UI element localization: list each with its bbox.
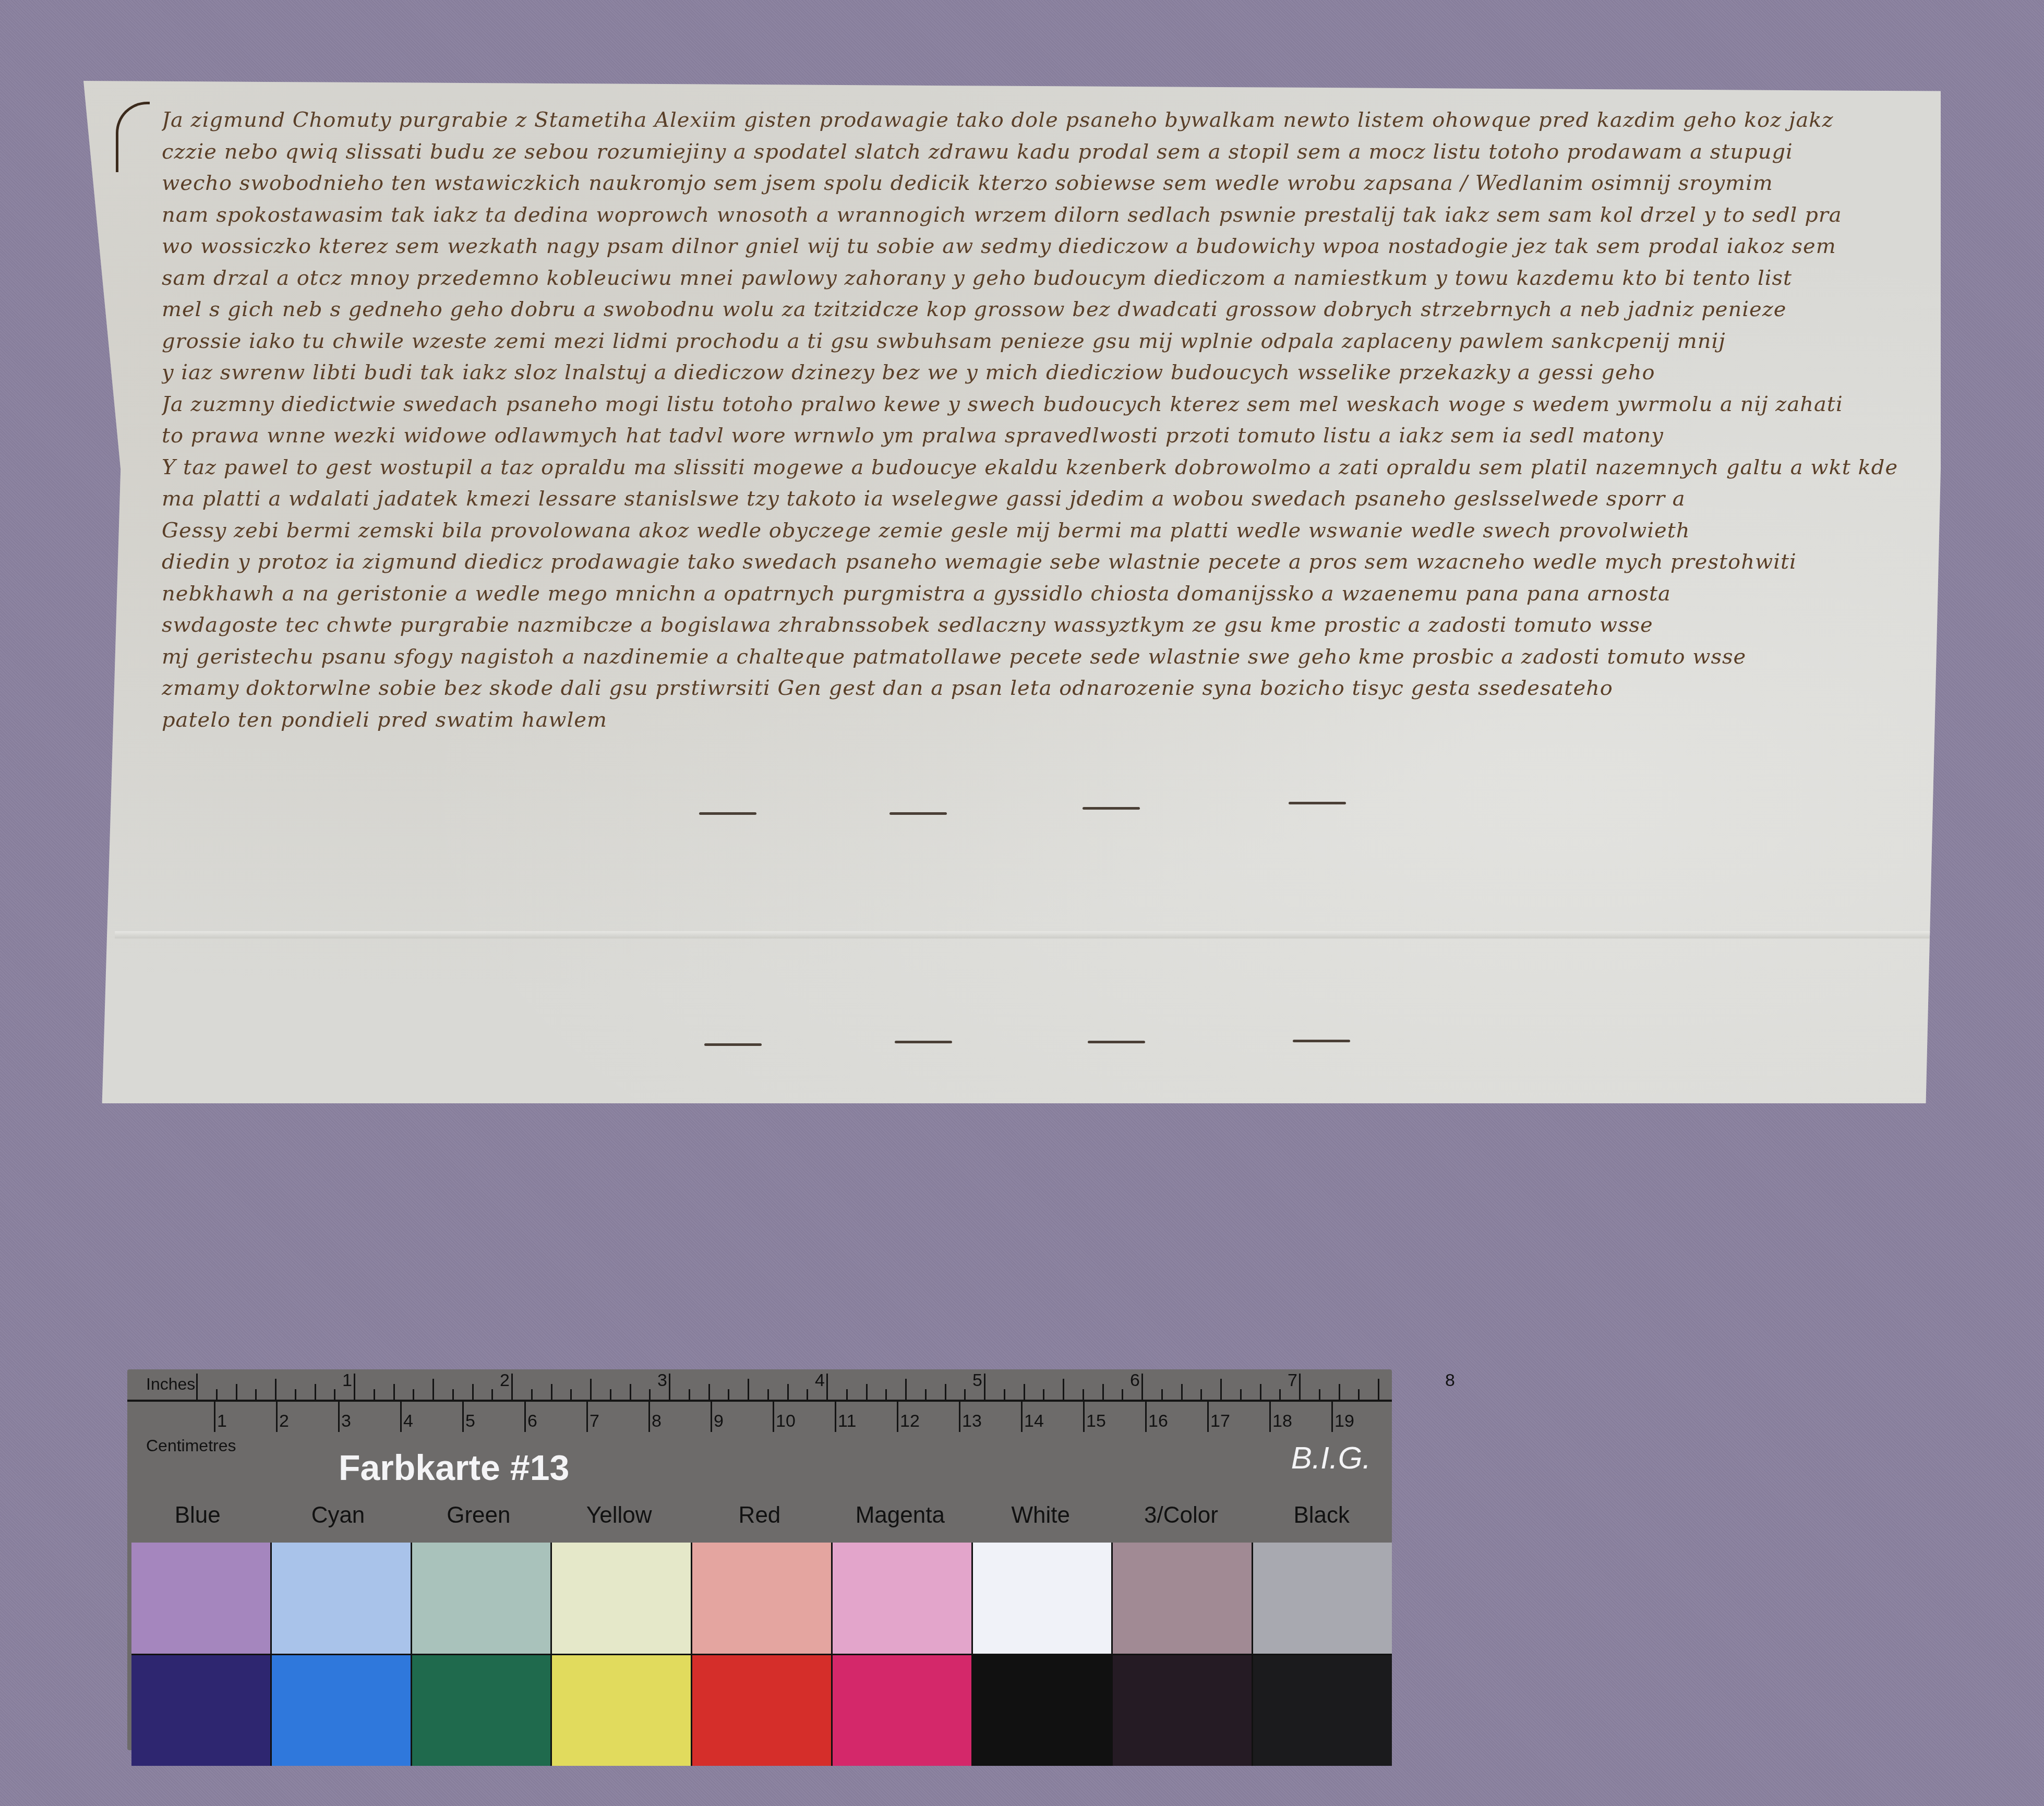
text-line: czzie nebo qwiq slissati budu ze sebou r… [162,136,1899,168]
inch-tick [1358,1389,1360,1400]
inch-tick [945,1384,946,1400]
inch-tick-label: 2 [500,1370,510,1391]
text-line: grossie iako tu chwile wzeste zemi mezi … [162,326,1899,357]
inch-tick [472,1384,474,1400]
seal-slit [1088,1041,1145,1043]
text-line: wo wossiczko kterez sem wezkath nagy psa… [162,231,1899,262]
inch-tick [1220,1379,1222,1400]
cm-tick-label: 4 [403,1411,413,1431]
inch-tick [1043,1389,1044,1400]
inch-tick [964,1389,966,1400]
inch-tick [216,1389,218,1400]
inch-tick-label: 4 [815,1370,825,1391]
inch-tick [748,1379,749,1400]
cm-tick [648,1402,650,1432]
text-line: patelo ten pondieli pred swatim hawlem [162,704,1899,736]
seal-slit [889,812,947,815]
inch-tick [570,1389,572,1400]
swatch-label-3color: 3/Color [1111,1502,1251,1539]
color-calibration-card: Inches 123456781234567891011121314151617… [127,1369,1392,1750]
inch-tick [708,1384,710,1400]
inch-tick [807,1389,808,1400]
inch-tick [1181,1384,1183,1400]
inch-tick [767,1389,769,1400]
cm-tick-label: 18 [1272,1411,1292,1431]
inch-tick [1024,1384,1025,1400]
swatch-light-cyan [272,1543,411,1654]
cm-tick [214,1402,215,1432]
seal-slit [1289,802,1346,804]
cm-tick-label: 10 [776,1411,796,1431]
swatch-light-red [692,1543,831,1654]
seal-slit [895,1041,952,1043]
cm-tick-label: 14 [1024,1411,1044,1431]
inch-tick [393,1384,395,1400]
swatch-dark-blue [131,1655,270,1766]
swatch-dark-magenta [833,1655,971,1766]
brand-logo: B.I.G. [1291,1440,1371,1476]
cm-tick [400,1402,402,1432]
swatch-label-magenta: Magenta [830,1502,970,1539]
text-line: mel s gich neb s gedneho geho dobru a sw… [162,294,1899,326]
cm-tick [711,1402,712,1432]
swatch-label-black: Black [1252,1502,1392,1539]
cm-tick [1145,1402,1147,1432]
cm-tick [524,1402,526,1432]
swatch-dark-black [1253,1655,1392,1766]
inch-tick [866,1384,868,1400]
inch-tick [1063,1379,1064,1400]
cm-tick [1331,1402,1333,1432]
inch-tick [885,1389,887,1400]
inch-tick [452,1389,454,1400]
charter-text: Ja zigmund Chomuty purgrabie z Stametiha… [162,104,1899,736]
swatch-dark-3color [1113,1655,1252,1766]
cm-tick [1269,1402,1271,1432]
swatch-dark-yellow [552,1655,691,1766]
decorated-initial-j [116,102,150,172]
cm-tick-label: 15 [1086,1411,1106,1431]
cm-tick-label: 16 [1148,1411,1168,1431]
swatch-light-blue [131,1543,270,1654]
inch-tick [196,1374,198,1400]
cm-tick-label: 11 [838,1411,856,1431]
cm-tick-label: 7 [590,1411,599,1431]
inch-tick [905,1379,907,1400]
cm-tick-label: 1 [217,1411,227,1431]
inch-tick-label: 5 [972,1370,982,1391]
inch-tick [1240,1389,1242,1400]
inch-tick [610,1389,611,1400]
inch-tick [236,1384,237,1400]
cm-tick-label: 19 [1334,1411,1354,1431]
inch-tick-label: 1 [342,1370,352,1391]
cm-tick [1083,1402,1085,1432]
text-line: diedin y protoz ia zigmund diedicz proda… [162,546,1899,578]
seal-slit [699,812,756,815]
cm-tick-label: 2 [279,1411,289,1431]
cm-tick [959,1402,960,1432]
swatch-light-magenta [833,1543,971,1654]
inch-tick-label: 3 [657,1370,667,1391]
inch-tick-label: 7 [1288,1370,1297,1391]
cm-tick-label: 6 [527,1411,537,1431]
inch-tick [551,1384,552,1400]
cm-tick-label: 5 [465,1411,475,1431]
inch-tick [255,1389,257,1400]
text-line: sam drzal a otcz mnoy przedemno kobleuci… [162,262,1899,294]
swatch-dark-red [692,1655,831,1766]
inch-tick [1319,1389,1320,1400]
inch-tick [1378,1379,1379,1400]
text-line: ma platti a wdalati jadatek kmezi lessar… [162,483,1899,515]
seal-slit [1083,807,1140,810]
inch-tick [669,1374,670,1400]
inch-tick [1279,1389,1281,1400]
cm-tick [338,1402,340,1432]
inch-tick [1260,1384,1261,1400]
text-line: Ja zigmund Chomuty purgrabie z Stametiha… [162,104,1899,136]
swatch-grid [131,1543,1392,1766]
inch-tick [1339,1384,1340,1400]
inch-tick [1102,1384,1104,1400]
inch-tick [630,1384,631,1400]
inch-tick-label: 6 [1130,1370,1140,1391]
inch-tick [491,1389,493,1400]
cm-tick [835,1402,836,1432]
swatch-label-green: Green [408,1502,549,1539]
inch-tick [413,1389,414,1400]
text-line: wecho swobodnieho ten wstawiczkich naukr… [162,167,1899,199]
inch-tick [728,1389,729,1400]
cm-tick-label: 12 [900,1411,920,1431]
centimetres-label: Centimetres [146,1436,236,1455]
inch-tick-label: 8 [1445,1370,1455,1391]
swatch-label-blue: Blue [127,1502,268,1539]
inch-tick [689,1389,690,1400]
card-title: Farbkarte #13 [339,1448,569,1488]
swatch-label-red: Red [689,1502,829,1539]
cm-tick [586,1402,588,1432]
cm-tick-label: 13 [962,1411,982,1431]
swatch-light-black [1253,1543,1392,1654]
text-line: Y taz pawel to gest wostupil a taz opral… [162,452,1899,484]
inch-tick [1004,1389,1005,1400]
parchment-fold [115,931,1941,938]
inches-label: Inches [146,1375,195,1394]
swatch-dark-cyan [272,1655,411,1766]
parchment-charter: Ja zigmund Chomuty purgrabie z Stametiha… [83,81,1941,1103]
text-line: nam spokostawasim tak iakz ta dedina wop… [162,199,1899,231]
text-line: zmamy doktorwlne sobie bez skode dali gs… [162,672,1899,704]
inch-tick [1122,1389,1123,1400]
cm-tick-label: 9 [714,1411,724,1431]
text-line: y iaz swrenw libti budi tak iakz sloz ln… [162,357,1899,389]
swatch-light-green [412,1543,551,1654]
text-line: Ja zuzmny diedictwie swedach psaneho mog… [162,389,1899,420]
cm-tick [1207,1402,1209,1432]
inch-tick [354,1374,355,1400]
cm-tick [276,1402,278,1432]
inch-tick [511,1374,513,1400]
inch-tick [374,1389,375,1400]
inch-tick [1200,1389,1202,1400]
ruler-line [127,1400,1392,1402]
inch-tick [826,1374,828,1400]
cm-tick [897,1402,898,1432]
text-line: to prawa wnne wezki widowe odlawmych hat… [162,420,1899,452]
inch-tick [275,1379,276,1400]
swatch-light-white [973,1543,1112,1654]
text-line: swdagoste tec chwte purgrabie nazmibcze … [162,609,1899,641]
inch-tick [846,1389,848,1400]
inch-tick [334,1389,335,1400]
cm-tick-label: 3 [341,1411,351,1431]
inch-tick [1083,1389,1084,1400]
swatch-label-cyan: Cyan [268,1502,408,1539]
cm-tick [462,1402,464,1432]
swatch-label-white: White [970,1502,1111,1539]
seal-slit [1293,1040,1350,1042]
inch-tick [315,1384,316,1400]
inch-tick [787,1384,789,1400]
inch-tick [984,1374,985,1400]
inch-tick [590,1379,592,1400]
inch-tick [295,1389,296,1400]
swatch-labels: Blue Cyan Green Yellow Red Magenta White… [127,1502,1392,1539]
seal-slit [704,1043,762,1046]
inch-tick [432,1379,434,1400]
inch-tick [649,1389,651,1400]
text-line: Gessy zebi bermi zemski bila provolowana… [162,515,1899,547]
cm-tick [773,1402,774,1432]
swatch-light-yellow [552,1543,691,1654]
inch-tick [1161,1389,1163,1400]
swatch-dark-green [412,1655,551,1766]
inch-tick [1299,1374,1301,1400]
text-line: mj geristechu psanu sfogy nagistoh a naz… [162,641,1899,673]
inch-tick [925,1389,927,1400]
swatch-label-yellow: Yellow [549,1502,689,1539]
inch-tick [1141,1374,1143,1400]
cm-tick [1021,1402,1023,1432]
inch-tick [531,1389,533,1400]
text-line: nebkhawh a na geristonie a wedle mego mn… [162,578,1899,610]
swatch-light-3color [1113,1543,1252,1654]
cm-tick-label: 8 [652,1411,662,1431]
cm-tick-label: 17 [1210,1411,1230,1431]
